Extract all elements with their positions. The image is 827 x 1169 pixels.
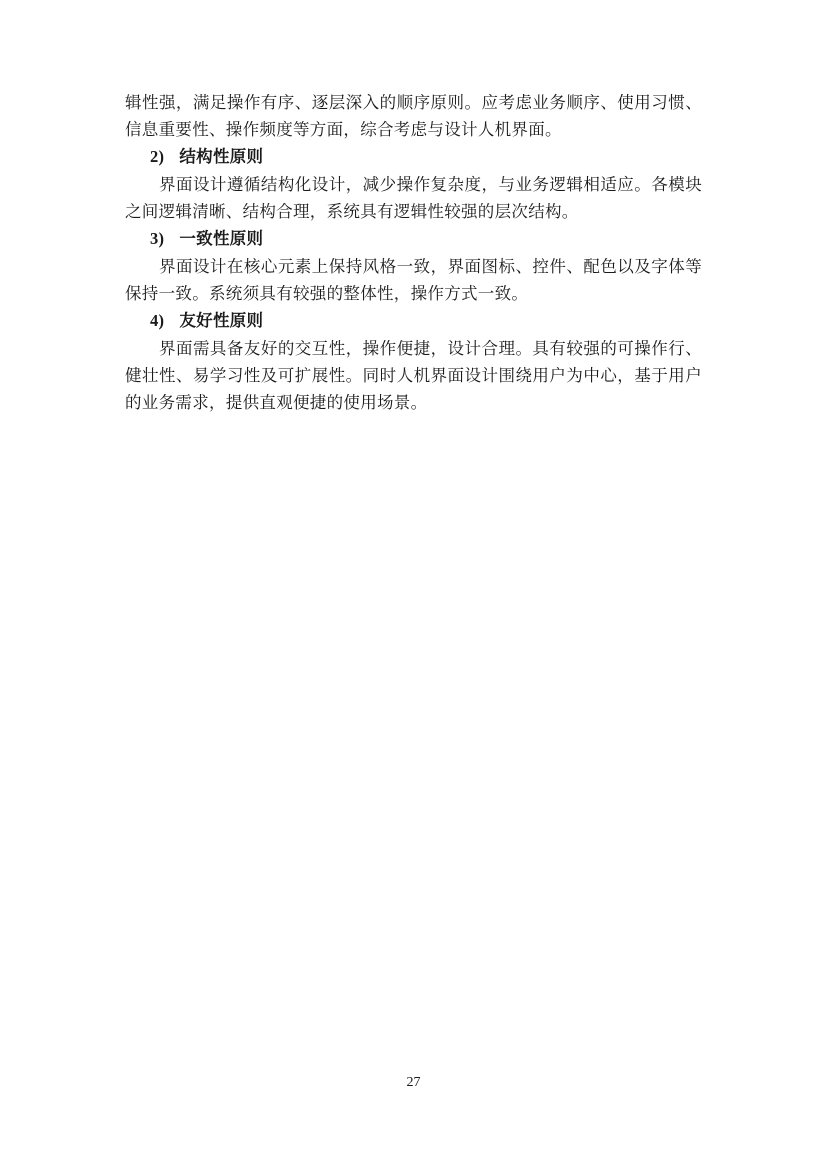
section-heading-consistency: 3)一致性原则 xyxy=(125,225,702,253)
page-number: 27 xyxy=(0,1074,827,1092)
section-heading-structural: 2)结构性原则 xyxy=(125,143,702,171)
heading-number: 2) xyxy=(150,143,164,170)
document-page: 辑性强，满足操作有序、逐层深入的顺序原则。应考虑业务顺序、使用习惯、信息重要性、… xyxy=(0,0,827,1169)
heading-title: 友好性原则 xyxy=(179,312,263,330)
section-heading-friendliness: 4)友好性原则 xyxy=(125,307,702,335)
heading-title: 结构性原则 xyxy=(179,148,263,166)
paragraph-structural-body: 界面设计遵循结构化设计，减少操作复杂度，与业务逻辑相适应。各模块之间逻辑清晰、结… xyxy=(125,171,702,225)
paragraph-continuation: 辑性强，满足操作有序、逐层深入的顺序原则。应考虑业务顺序、使用习惯、信息重要性、… xyxy=(125,89,702,143)
page-content: 辑性强，满足操作有序、逐层深入的顺序原则。应考虑业务顺序、使用习惯、信息重要性、… xyxy=(125,89,702,416)
heading-title: 一致性原则 xyxy=(179,230,263,248)
paragraph-consistency-body: 界面设计在核心元素上保持风格一致，界面图标、控件、配色以及字体等保持一致。系统须… xyxy=(125,253,702,307)
heading-number: 3) xyxy=(150,225,164,252)
paragraph-friendliness-body: 界面需具备友好的交互性，操作便捷，设计合理。具有较强的可操作行、健壮性、易学习性… xyxy=(125,335,702,416)
heading-number: 4) xyxy=(150,307,164,334)
